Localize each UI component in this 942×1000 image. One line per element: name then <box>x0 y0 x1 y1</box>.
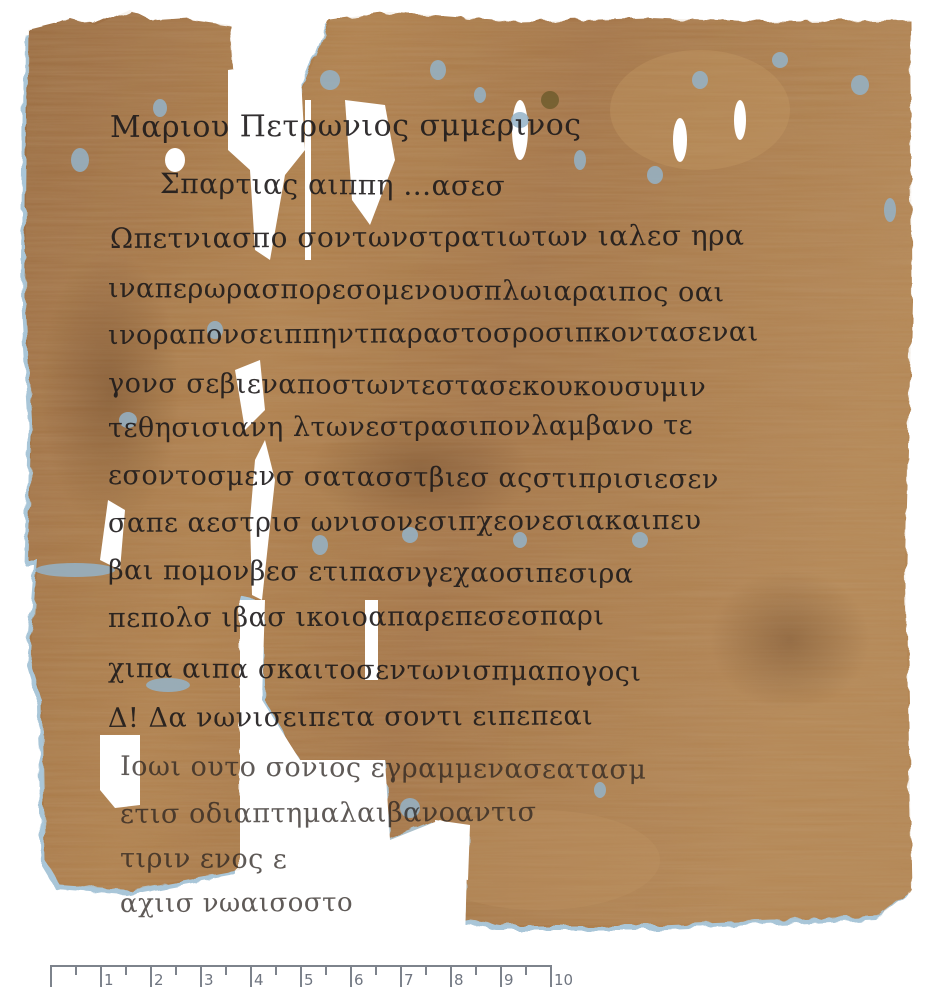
scale-label: 3 <box>204 971 214 989</box>
scale-minor-tick <box>175 965 177 975</box>
scale-label: 8 <box>454 971 464 989</box>
scale-major-tick <box>150 965 152 987</box>
scale-minor-tick <box>425 965 427 975</box>
scale-minor-tick <box>125 965 127 975</box>
scale-label: 6 <box>354 971 364 989</box>
green-stain <box>541 91 559 109</box>
scale-minor-tick <box>225 965 227 975</box>
scale-major-tick <box>250 965 252 987</box>
papyrus-fragment <box>0 0 942 945</box>
scale-label: 4 <box>254 971 264 989</box>
scale-minor-tick <box>375 965 377 975</box>
scale-label: 5 <box>304 971 314 989</box>
scale-minor-tick <box>325 965 327 975</box>
scale-major-tick <box>200 965 202 987</box>
scale-label: 9 <box>504 971 514 989</box>
scale-minor-tick <box>275 965 277 975</box>
scale-label: 10 <box>554 971 573 989</box>
scale-major-tick <box>100 965 102 987</box>
scale-major-tick <box>550 965 552 987</box>
centimeter-scale-bar: 12345678910 <box>50 962 570 992</box>
scale-label: 2 <box>154 971 164 989</box>
scale-label: 1 <box>104 971 114 989</box>
scale-label: 7 <box>404 971 414 989</box>
scale-major-tick <box>500 965 502 987</box>
scale-minor-tick <box>75 965 77 975</box>
scale-minor-tick <box>525 965 527 975</box>
scale-major-tick <box>400 965 402 987</box>
scale-major-tick <box>450 965 452 987</box>
scale-major-tick <box>300 965 302 987</box>
scale-major-tick <box>50 965 52 987</box>
scale-minor-tick <box>475 965 477 975</box>
papyrus-photograph: Μαριου Πετρωνιος σμμερινοςΣπαρτιας αιππη… <box>0 0 942 1000</box>
scale-major-tick <box>350 965 352 987</box>
